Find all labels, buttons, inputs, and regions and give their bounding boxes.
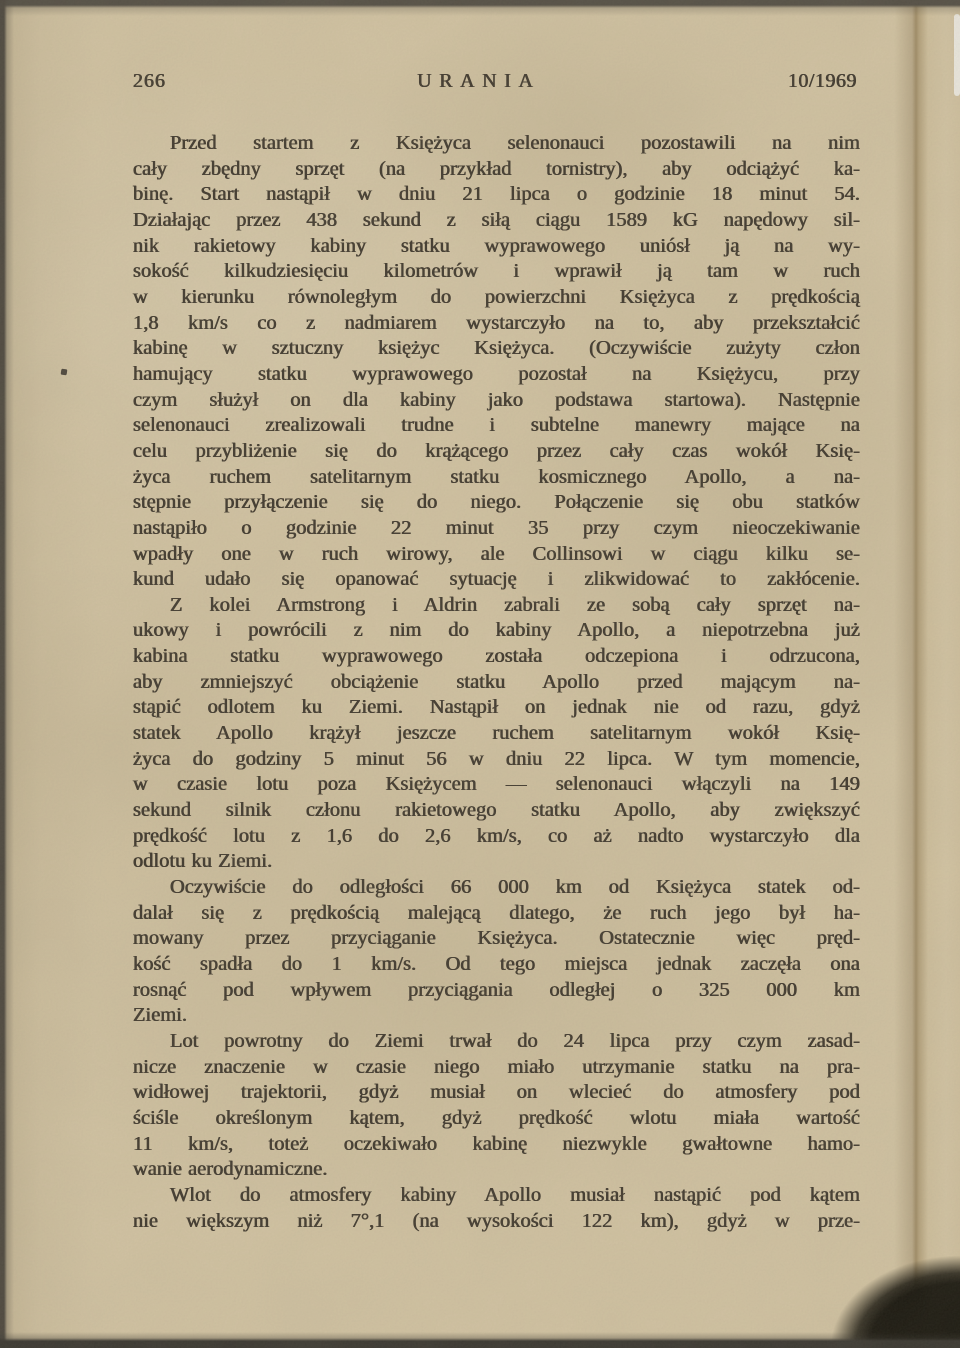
page-header: 266 URANIA 10/1969	[133, 70, 857, 93]
text-line: Wlot do atmosfery kabiny Apollo musiał n…	[133, 1183, 860, 1209]
text-line: widłowej trajektorii, gdyż musiał on wle…	[133, 1080, 860, 1106]
scan-corner-shadow	[790, 1228, 960, 1348]
text-line: dalał się z prędkością malejącą dlatego,…	[133, 901, 860, 927]
text-line: wanie aerodynamiczne.	[133, 1157, 860, 1183]
text-line: cały zbędny sprzęt (na przykład tornistr…	[133, 157, 860, 183]
text-line: 11 km/s, toteż oczekiwało kabinę niezwyk…	[133, 1132, 860, 1158]
text-line: w kierunku równoległym do powierzchni Ks…	[133, 285, 860, 311]
text-line: kość spadła do 1 km/s. Od tego miejsca j…	[133, 952, 860, 978]
text-line: sokość kilkudziesięciu kilometrów i wpra…	[133, 259, 860, 285]
scan-edge-left	[0, 0, 14, 1348]
text-line: czym służył on dla kabiny jako podstawa …	[133, 388, 860, 414]
page-number: 266	[133, 70, 166, 93]
text-line: Z kolei Armstrong i Aldrin zabrali ze so…	[133, 593, 860, 619]
text-line: selenonauci zrealizowali trudne i subtel…	[133, 413, 860, 439]
text-line: stępnie przyłączenie się do niego. Połąc…	[133, 490, 860, 516]
text-line: mowany przez przyciąganie Księżyca. Osta…	[133, 926, 860, 952]
paragraph: Lot powrotny do Ziemi trwał do 24 lipca …	[133, 1029, 860, 1183]
scan-edge-top	[0, 0, 960, 16]
text-line: odlotu ku Ziemi.	[133, 849, 860, 875]
text-line: ukowy i powrócili z nim do kabiny Apollo…	[133, 618, 860, 644]
text-line: sekund silnik członu rakietowego statku …	[133, 798, 860, 824]
page-edge-highlight	[954, 14, 960, 96]
text-line: Działając przez 438 sekund z siłą ciągu …	[133, 208, 860, 234]
text-line: kabina statku wyprawowego została odczep…	[133, 644, 860, 670]
text-line: rosnąć pod wpływem przyciągania odległej…	[133, 978, 860, 1004]
text-line: statek Apollo krążył jeszcze ruchem sate…	[133, 721, 860, 747]
paragraph: Oczywiście do odległości 66 000 km od Ks…	[133, 875, 860, 1029]
text-line: Lot powrotny do Ziemi trwał do 24 lipca …	[133, 1029, 860, 1055]
body-text: Przed startem z Księżyca selenonauci poz…	[133, 131, 860, 1234]
text-line: celu przybliżenie się do krążącego przez…	[133, 439, 860, 465]
scan-edge-bottom	[0, 1332, 960, 1348]
text-line: Przed startem z Księżyca selenonauci poz…	[133, 131, 860, 157]
text-line: kund udało się opanować sytuację i zlikw…	[133, 567, 860, 593]
text-line: nik rakietowy kabiny statku wyprawowego …	[133, 234, 860, 260]
text-line: życa ruchem satelitarnym statku kosmiczn…	[133, 465, 860, 491]
text-line: kabinę w sztuczny księżyc Księżyca. (Ocz…	[133, 336, 860, 362]
text-line: Oczywiście do odległości 66 000 km od Ks…	[133, 875, 860, 901]
margin-ink-dot	[61, 369, 68, 376]
text-line: w czasie lotu poza Księżycem — selenonau…	[133, 772, 860, 798]
text-line: binę. Start nastąpił w dniu 21 lipca o g…	[133, 182, 860, 208]
paragraph: Wlot do atmosfery kabiny Apollo musiał n…	[133, 1183, 860, 1234]
text-line: Ziemi.	[133, 1003, 860, 1029]
scanned-magazine-page: 266 URANIA 10/1969 Przed startem z Księż…	[0, 0, 960, 1348]
paragraph: Z kolei Armstrong i Aldrin zabrali ze so…	[133, 593, 860, 875]
text-line: wpadły one w ruch wirowy, ale Collinsowi…	[133, 542, 860, 568]
text-line: nicze znaczenie w czasie niego miało utr…	[133, 1055, 860, 1081]
text-line: nastąpiło o godzinie 22 minut 35 przy cz…	[133, 516, 860, 542]
text-line: ściśle określonym kątem, gdyż prędkość w…	[133, 1106, 860, 1132]
text-line: hamujący statku wyprawowego pozostał na …	[133, 362, 860, 388]
paragraph: Przed startem z Księżyca selenonauci poz…	[133, 131, 860, 593]
text-line: nie większym niż 7°,1 (na wysokości 122 …	[133, 1209, 860, 1235]
text-line: aby zmniejszyć obciążenie statku Apollo …	[133, 670, 860, 696]
issue-number: 10/1969	[788, 70, 857, 93]
text-line: życa do godziny 5 minut 56 w dniu 22 lip…	[133, 747, 860, 773]
text-line: stąpić odlotem ku Ziemi. Nastąpił on jed…	[133, 695, 860, 721]
page-fold-strip	[894, 0, 960, 1348]
text-line: 1,8 km/s co z nadmiarem wystarczyło na t…	[133, 311, 860, 337]
journal-title: URANIA	[413, 70, 540, 93]
text-line: prędkość lotu z 1,6 do 2,6 km/s, co aż n…	[133, 824, 860, 850]
